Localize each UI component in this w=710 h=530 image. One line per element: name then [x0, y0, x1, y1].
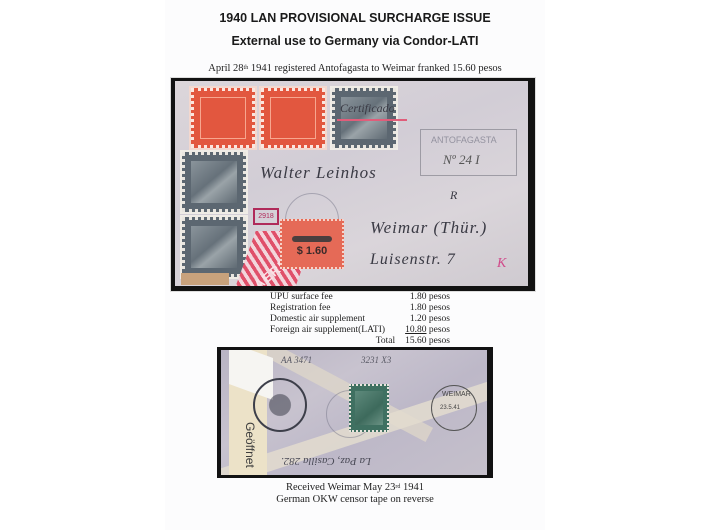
- page-subtitle: External use to Germany via Condor-LATI: [165, 34, 545, 48]
- censor-number-box: 2918: [253, 208, 279, 225]
- handwritten-certificado: Certificado: [340, 101, 395, 116]
- okw-eagle-censor-stamp-icon: [253, 378, 307, 432]
- postage-fee-table: UPU surface fee 1.80 pesos Registration …: [270, 292, 450, 347]
- front-cover-image: AEREA $ 1.60 2918 Certificado ANTOFAGAST…: [170, 77, 536, 292]
- fee-total-row: Total 15.60 pesos: [270, 336, 450, 347]
- airmail-stamp-slate-2: [182, 152, 246, 212]
- crayon-mark: K: [497, 256, 506, 272]
- pencil-note: AA 3471: [281, 355, 312, 365]
- wings-emblem-icon: [292, 236, 332, 242]
- airmail-stamp-red-2: [261, 88, 325, 148]
- addressee-street: Luisenstr. 7: [370, 251, 456, 269]
- green-stamp: [349, 384, 389, 432]
- page-title: 1940 LAN PROVISIONAL SURCHARGE ISSUE: [165, 11, 545, 25]
- album-page: 1940 LAN PROVISIONAL SURCHARGE ISSUE Ext…: [165, 0, 545, 530]
- envelope-front: AEREA $ 1.60 2918 Certificado ANTOFAGAST…: [175, 81, 528, 286]
- front-cover-caption: April 28th 1941 registered Antofagasta t…: [165, 63, 545, 75]
- censor-tape-text: Geöffnet: [243, 422, 257, 468]
- back-caption-line-1: Received Weimar May 23rd 1941: [165, 482, 545, 494]
- pencil-note: 3231 X3: [361, 355, 391, 365]
- fee-row: UPU surface fee 1.80 pesos: [270, 292, 450, 303]
- registration-box-cachet: ANTOFAGASTA Nº 24 I: [420, 129, 517, 176]
- sender-address: La Paz, Casilla 282.: [281, 455, 371, 467]
- airmail-stamp-slate-3: [182, 217, 246, 277]
- fee-row: Domestic air supplement 1.20 pesos: [270, 314, 450, 325]
- back-cover-caption: Received Weimar May 23rd 1941 German OKW…: [165, 482, 545, 506]
- back-caption-line-2: German OKW censor tape on reverse: [165, 494, 545, 506]
- red-underline: [337, 119, 407, 121]
- envelope-back: Geöffnet AA 3471 3231 X3 WEIMAR 23.5.41 …: [221, 350, 487, 475]
- surcharge-stamp: $ 1.60: [280, 219, 344, 269]
- weimar-receiving-postmark: WEIMAR 23.5.41: [431, 385, 477, 431]
- hinge-tape: [181, 273, 229, 285]
- addressee-city: Weimar (Thür.): [370, 218, 487, 238]
- pencil-mark: R: [450, 188, 457, 203]
- fee-row: Registration fee 1.80 pesos: [270, 303, 450, 314]
- back-cover-image: Geöffnet AA 3471 3231 X3 WEIMAR 23.5.41 …: [217, 347, 493, 478]
- airmail-stamp-red-1: [191, 88, 255, 148]
- fee-row: Foreign air supplement(LATI) 10.80 pesos: [270, 325, 450, 336]
- addressee-name: Walter Leinhos: [260, 163, 377, 183]
- airmail-stamp-slate-1: [332, 88, 396, 148]
